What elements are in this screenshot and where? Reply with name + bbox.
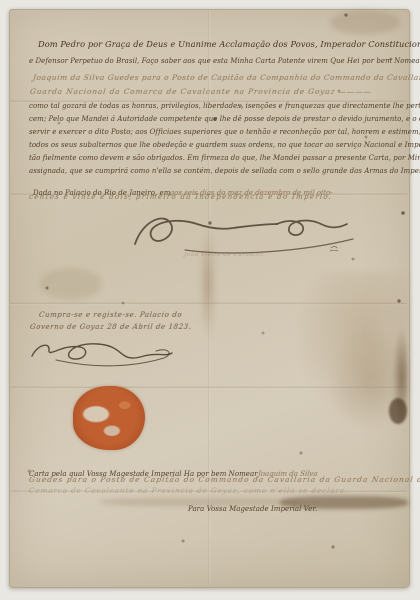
patent-body-line-4: todos os seus subalternos que lhe obedeç…: [29, 141, 420, 149]
horizontal-fold-crease-4: [10, 386, 407, 389]
dateline-manuscript-2: centos e vinte e dois, primeiro da Indep…: [29, 193, 333, 201]
endorsement-manuscript-line-2: Guedes para o Posto de Capitão do Comman…: [28, 475, 420, 484]
document-photo: Dom Pedro por Graça de Deus e Unanime Ac…: [0, 0, 420, 600]
emperor-signature: [125, 210, 360, 256]
endorsement-closing: Para Vossa Magestade Imperial Ver.: [188, 505, 317, 513]
patent-opening-line-2: e Defensor Perpetuo do Brasil, Faço sabe…: [29, 57, 420, 65]
patent-opening-line-1: Dom Pedro por Graça de Deus e Unanime Ac…: [38, 40, 420, 50]
patent-body-line-5: tão fielmente como devem e são obrigados…: [29, 154, 420, 162]
patent-body-line-2: cem; Pelo que Mandei á Autoridade compet…: [29, 115, 420, 123]
horizontal-fold-crease-3: [10, 302, 407, 305]
governor-signature: [26, 334, 176, 370]
endorsement-manuscript-line-3: Comarca de Cavalcante na Provincia de Go…: [29, 487, 349, 495]
vertical-fold-crease: [208, 10, 211, 585]
grant-manuscript-line-1: Joaquim da Silva Guedes para o Posto de …: [32, 73, 420, 82]
grant-manuscript-line-2: Guarda Nacional da Comarca de Cavalcante…: [29, 87, 372, 96]
wax-seal: [73, 386, 145, 450]
patent-body-line-6: assignada, que se cumprirá como n'ella s…: [29, 167, 420, 175]
foxing-specks: [0, 0, 2, 2]
countersignature: João Vieira de Carvalho: [184, 252, 264, 258]
patent-body-line-1: como tal gozará de todas as honras, priv…: [29, 102, 420, 110]
registration-line-1: Cumpra-se e registe-se. Palacio do: [39, 311, 183, 319]
patent-body-line-3: servir e exercer o dito Posto; aos Offic…: [29, 128, 420, 136]
registration-line-2: Governo de Goyaz 28 de Abril de 1823.: [30, 323, 193, 331]
